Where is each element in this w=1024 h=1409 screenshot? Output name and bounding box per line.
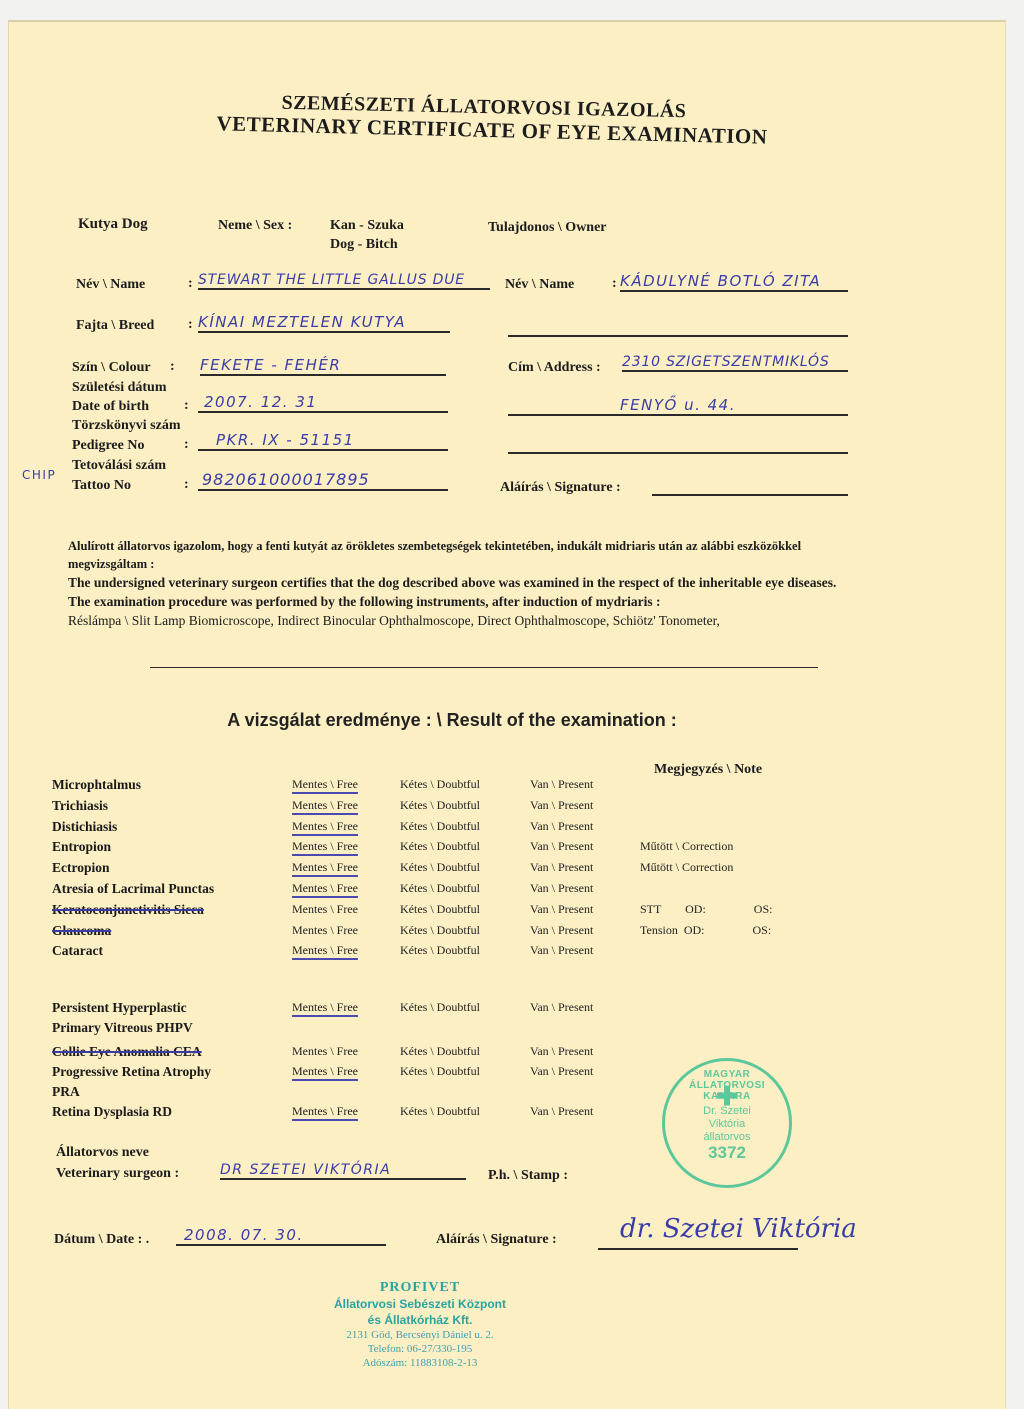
result-row: EctropionMentes \ FreeKétes \ DoubtfulVa… [52, 860, 872, 881]
clinic-line2: és Állatkórház Kft. [260, 1312, 580, 1328]
option-present[interactable]: Van \ Present [530, 902, 593, 917]
option-free[interactable]: Mentes \ Free [292, 1000, 358, 1017]
stamp-line2: Viktória [665, 1118, 789, 1131]
condition-name: Cataract [52, 943, 103, 959]
owner-signature-label: Aláírás \ Signature : [500, 480, 621, 496]
option-present[interactable]: Van \ Present [530, 777, 593, 792]
option-free[interactable]: Mentes \ Free [292, 881, 358, 898]
breed-field[interactable]: KÍNAI MEZTELEN KUTYA [198, 313, 450, 333]
option-present[interactable]: Van \ Present [530, 839, 593, 854]
declaration-en: The undersigned veterinary surgeon certi… [68, 573, 848, 611]
result-row: Atresia of Lacrimal PunctasMentes \ Free… [52, 881, 872, 902]
tattoo-label-en: Tattoo No [72, 478, 131, 494]
vet-label-hu: Állatorvos neve [56, 1145, 149, 1161]
dog-heading: Kutya Dog [78, 216, 148, 233]
option-doubtful[interactable]: Kétes \ Doubtful [400, 881, 480, 896]
pedigree-label-en: Pedigree No [72, 438, 144, 454]
option-doubtful[interactable]: Kétes \ Doubtful [400, 1064, 480, 1079]
option-doubtful[interactable]: Kétes \ Doubtful [400, 798, 480, 813]
result-row: GlaucomaMentes \ FreeKétes \ DoubtfulVan… [52, 923, 872, 944]
owner-name-field[interactable]: KÁDULYNÉ BOTLÓ ZITA [620, 272, 848, 292]
colour-field[interactable]: FEKETE - FEHÉR [200, 356, 446, 376]
condition-name: Trichiasis [52, 798, 108, 814]
address-line2-field[interactable]: FENYŐ u. 44. [508, 396, 848, 416]
dob-label-hu: Születési dátum [72, 380, 167, 396]
cross-icon: ✚ [716, 1085, 738, 1107]
condition-name: Glaucoma [52, 923, 111, 939]
stamp-label: P.h. \ Stamp : [488, 1168, 568, 1184]
date-field[interactable]: 2008. 07. 30. [176, 1226, 386, 1246]
option-free[interactable]: Mentes \ Free [292, 1064, 358, 1081]
chip-note: CHIP [22, 468, 56, 482]
results-title: A vizsgálat eredménye : \ Result of the … [0, 710, 964, 731]
option-present[interactable]: Van \ Present [530, 881, 593, 896]
sex-label: Neme \ Sex : [218, 218, 292, 234]
option-doubtful[interactable]: Kétes \ Doubtful [400, 902, 480, 917]
option-free[interactable]: Mentes \ Free [292, 839, 358, 856]
stamp-line1: Dr. Szetei [665, 1105, 789, 1118]
condition-name-cont: PRA [52, 1084, 80, 1100]
option-free[interactable]: Mentes \ Free [292, 798, 358, 815]
result-row: EntropionMentes \ FreeKétes \ DoubtfulVa… [52, 839, 872, 860]
option-doubtful[interactable]: Kétes \ Doubtful [400, 819, 480, 834]
clinic-tax: Adószám: 11883108-2-13 [260, 1356, 580, 1370]
dob-label-en: Date of birth [72, 399, 149, 415]
option-free[interactable]: Mentes \ Free [292, 860, 358, 877]
result-row: DistichiasisMentes \ FreeKétes \ Doubtfu… [52, 819, 872, 840]
clinic-phone: Telefon: 06-27/330-195 [260, 1342, 580, 1356]
dob-field[interactable]: 2007. 12. 31 [198, 393, 448, 413]
option-present[interactable]: Van \ Present [530, 819, 593, 834]
vet-signature-line [598, 1248, 798, 1250]
option-present[interactable]: Van \ Present [530, 1044, 593, 1059]
option-present[interactable]: Van \ Present [530, 1000, 593, 1015]
condition-name: Distichiasis [52, 819, 117, 835]
condition-name-cont: Primary Vitreous PHPV [52, 1020, 193, 1036]
note-text: Műtött \ Correction [640, 860, 733, 875]
option-free[interactable]: Mentes \ Free [292, 819, 358, 836]
condition-name: Persistent Hyperplastic [52, 1000, 187, 1016]
option-present[interactable]: Van \ Present [530, 1064, 593, 1079]
sex-options-en: Dog - Bitch [330, 237, 398, 253]
breed-label: Fajta \ Breed [76, 318, 154, 334]
condition-name: Progressive Retina Atrophy [52, 1064, 211, 1080]
option-present[interactable]: Van \ Present [530, 860, 593, 875]
result-row: Persistent HyperplasticPrimary Vitreous … [52, 1000, 872, 1021]
vet-signature: dr. Szetei Viktória [620, 1214, 857, 1244]
clinic-line1: Állatorvosi Sebészeti Központ [260, 1296, 580, 1312]
instruments-list: Réslámpa \ Slit Lamp Biomicroscope, Indi… [68, 611, 848, 630]
dog-name-label: Név \ Name [76, 277, 145, 293]
pedigree-field[interactable]: PKR. IX - 51151 [198, 431, 448, 451]
sex-options-hu: Kan - Szuka [330, 218, 404, 234]
vet-signature-label: Aláírás \ Signature : [436, 1232, 557, 1248]
declaration: Alulírott állatorvos igazolom, hogy a fe… [68, 537, 848, 630]
option-doubtful[interactable]: Kétes \ Doubtful [400, 860, 480, 875]
option-free[interactable]: Mentes \ Free [292, 1104, 358, 1121]
clinic-address: 2131 Göd, Bercsényi Dániel u. 2. [260, 1328, 580, 1342]
dog-name-field[interactable]: STEWART THE LITTLE GALLUS DUE [198, 272, 490, 290]
note-text: STT OD: OS: [640, 902, 772, 917]
note-text: Tension OD: OS: [640, 923, 771, 938]
owner-name-label: Név \ Name [505, 277, 574, 293]
clinic-name: PROFIVET [260, 1280, 580, 1296]
pedigree-label-hu: Törzskönyvi szám [72, 418, 181, 434]
option-doubtful[interactable]: Kétes \ Doubtful [400, 1000, 480, 1015]
result-row: CataractMentes \ FreeKétes \ DoubtfulVan… [52, 943, 872, 964]
owner-signature-field[interactable] [652, 494, 848, 496]
official-stamp: MAGYAR ÁLLATORVOSI KAMARA ✚ Dr. Szetei V… [662, 1058, 792, 1188]
date-label: Dátum \ Date : . [54, 1232, 149, 1248]
note-text: Műtött \ Correction [640, 839, 733, 854]
owner-blank-line [508, 335, 848, 337]
note-header: Megjegyzés \ Note [654, 762, 762, 778]
option-doubtful[interactable]: Kétes \ Doubtful [400, 1044, 480, 1059]
option-present[interactable]: Van \ Present [530, 798, 593, 813]
clinic-stamp: PROFIVET Állatorvosi Sebészeti Központ é… [260, 1280, 580, 1370]
address-label: Cím \ Address : [508, 360, 601, 376]
option-free[interactable]: Mentes \ Free [292, 943, 358, 960]
option-free[interactable]: Mentes \ Free [292, 777, 358, 794]
address-line1-field[interactable]: 2310 SZIGETSZENTMIKLÓS [622, 354, 848, 372]
option-doubtful[interactable]: Kétes \ Doubtful [400, 923, 480, 938]
option-doubtful[interactable]: Kétes \ Doubtful [400, 839, 480, 854]
option-doubtful[interactable]: Kétes \ Doubtful [400, 943, 480, 958]
condition-name: Retina Dysplasia RD [52, 1104, 172, 1120]
option-free[interactable]: Mentes \ Free [292, 1044, 358, 1059]
condition-name: Entropion [52, 839, 111, 855]
instruments-blank-line [150, 667, 818, 668]
result-row: TrichiasisMentes \ FreeKétes \ DoubtfulV… [52, 798, 872, 819]
option-doubtful[interactable]: Kétes \ Doubtful [400, 1104, 480, 1119]
condition-name: Atresia of Lacrimal Punctas [52, 881, 214, 897]
owner-heading: Tulajdonos \ Owner [488, 220, 607, 236]
condition-name: Microphtalmus [52, 777, 141, 793]
result-row: Keratoconjunctivitis SiccaMentes \ FreeK… [52, 902, 872, 923]
vet-label-en: Veterinary surgeon : [56, 1166, 179, 1182]
option-free[interactable]: Mentes \ Free [292, 923, 358, 938]
declaration-hu: Alulírott állatorvos igazolom, hogy a fe… [68, 537, 848, 573]
address-line3-blank [508, 452, 848, 454]
stamp-number: 3372 [665, 1146, 789, 1159]
result-row: MicrophtalmusMentes \ FreeKétes \ Doubtf… [52, 777, 872, 798]
condition-name: Keratoconjunctivitis Sicca [52, 902, 204, 918]
tattoo-field[interactable]: 982061000017895 [198, 470, 448, 491]
condition-name: Ectropion [52, 860, 110, 876]
option-present[interactable]: Van \ Present [530, 923, 593, 938]
option-doubtful[interactable]: Kétes \ Doubtful [400, 777, 480, 792]
option-free[interactable]: Mentes \ Free [292, 902, 358, 917]
condition-name: Collie Eye Anomalia CEA [52, 1044, 202, 1060]
vet-name-field[interactable]: DR SZETEI VIKTÓRIA [220, 1162, 466, 1180]
tattoo-label-hu: Tetoválási szám [72, 458, 166, 474]
option-present[interactable]: Van \ Present [530, 1104, 593, 1119]
option-present[interactable]: Van \ Present [530, 943, 593, 958]
colour-label: Szín \ Colour [72, 360, 151, 376]
